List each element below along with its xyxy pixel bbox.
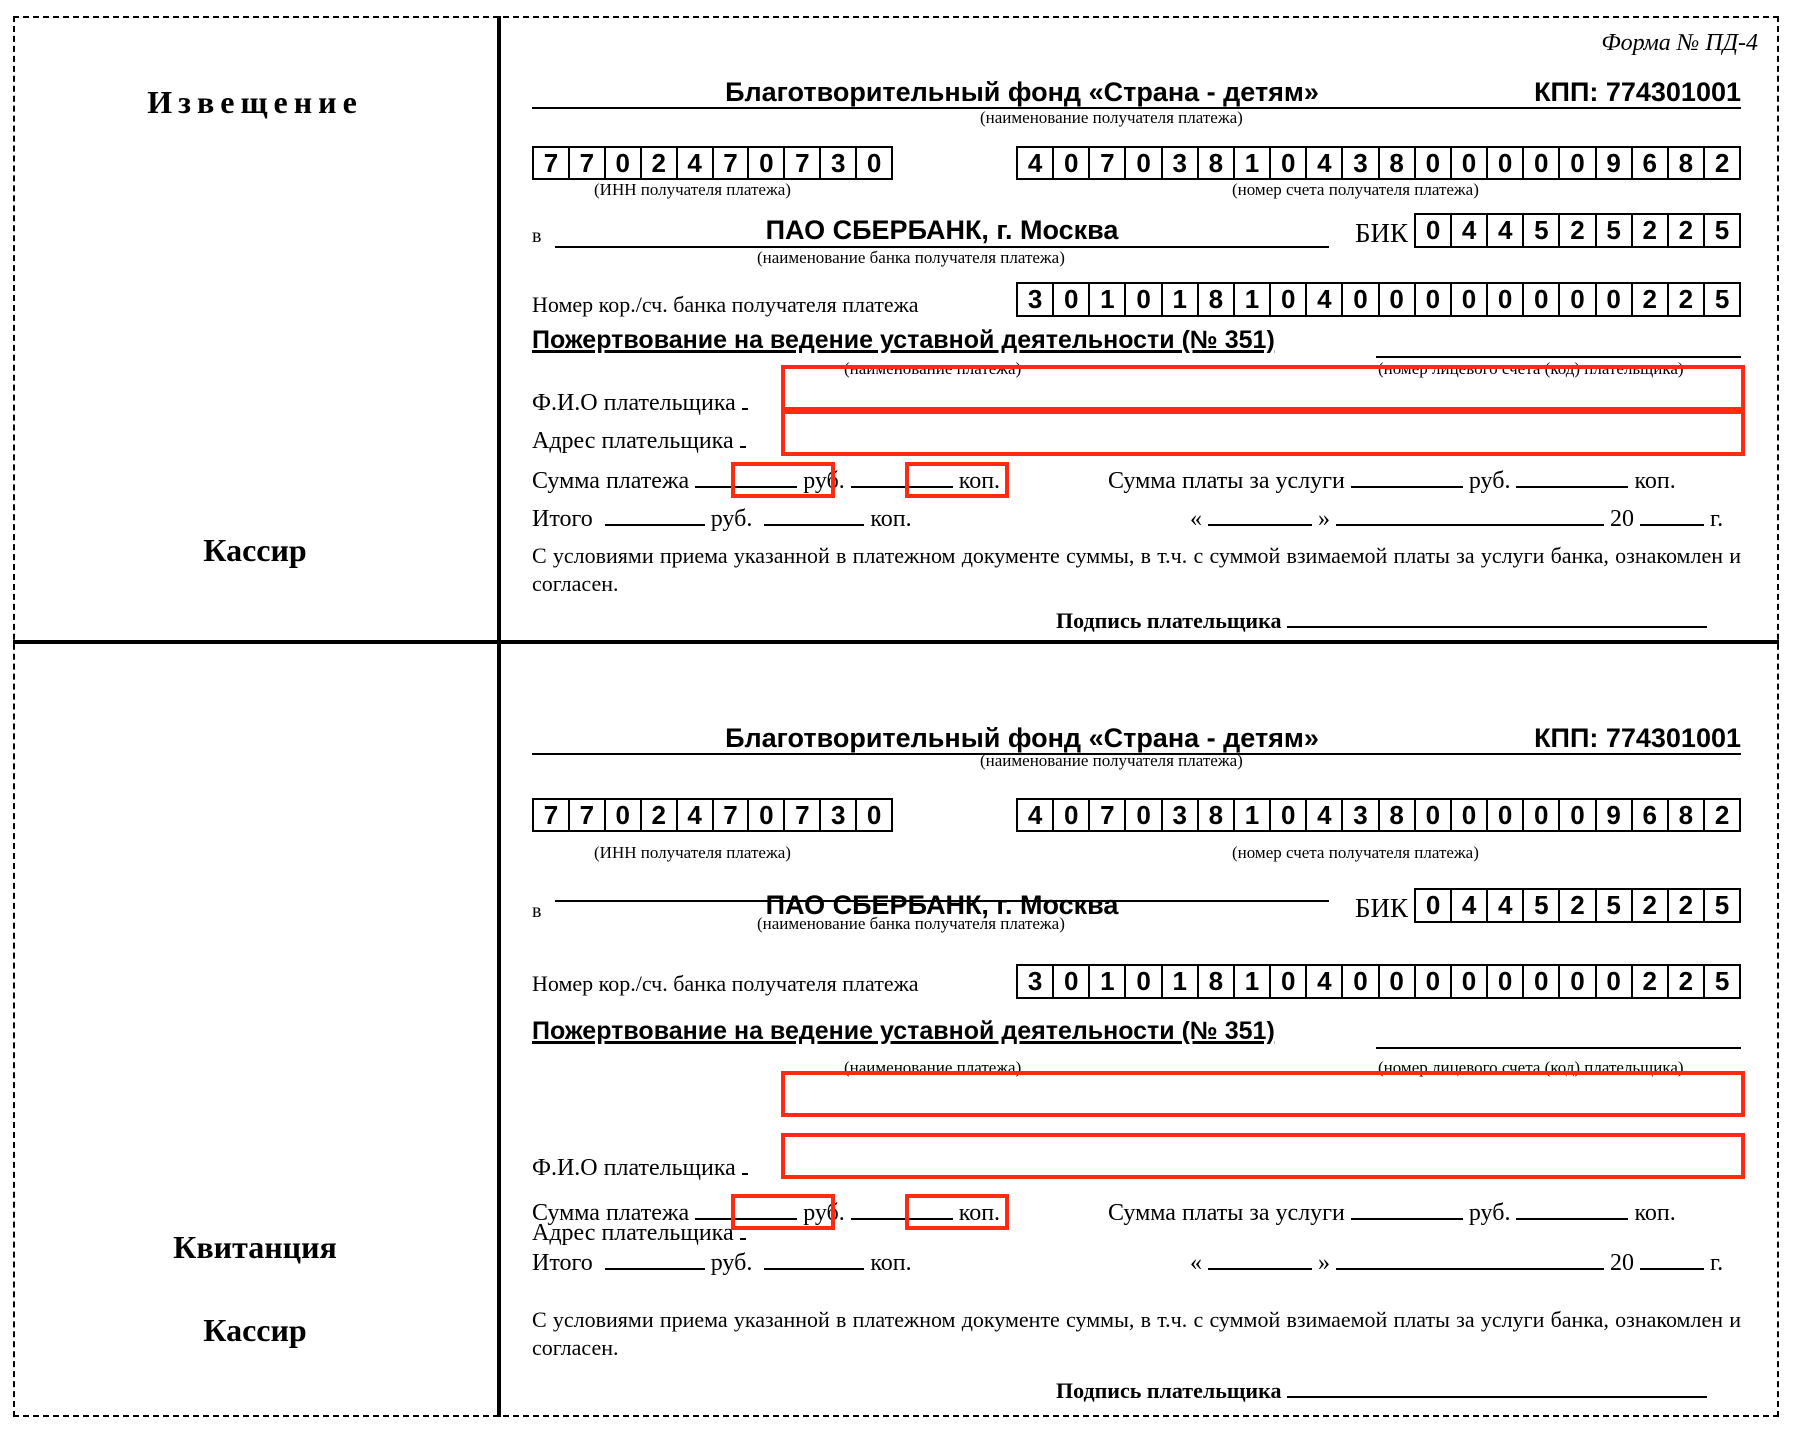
digit-cell: 4 bbox=[1450, 890, 1486, 921]
digit-cell: 2 bbox=[1703, 800, 1739, 830]
digit-cell: 5 bbox=[1595, 215, 1631, 246]
digit-cell: 0 bbox=[1341, 966, 1377, 997]
digit-cell: 2 bbox=[1667, 966, 1703, 997]
digit-cell: 5 bbox=[1703, 284, 1739, 315]
sum-rub-input[interactable] bbox=[731, 1194, 835, 1230]
notice-title: Извещение bbox=[13, 84, 497, 121]
digit-cell: 0 bbox=[1558, 284, 1594, 315]
section-divider bbox=[13, 640, 1779, 644]
corr-account-boxes: 30101810400000000225 bbox=[1016, 282, 1741, 317]
cashier-label-top: Кассир bbox=[13, 532, 497, 569]
payment-name: Пожертвование на ведение уставной деятел… bbox=[532, 326, 1275, 355]
digit-cell: 7 bbox=[568, 148, 604, 178]
digit-cell: 7 bbox=[783, 800, 819, 830]
digit-cell: 0 bbox=[1124, 148, 1160, 178]
agreement-text: С условиями приема указанной в платежном… bbox=[532, 542, 1741, 598]
inn-caption: (ИНН получателя платежа) bbox=[594, 843, 791, 863]
digit-cell: 0 bbox=[855, 148, 891, 178]
inn-boxes: 7702470730 bbox=[532, 798, 893, 832]
digit-cell: 2 bbox=[1667, 284, 1703, 315]
digit-cell: 3 bbox=[819, 148, 855, 178]
digit-cell: 1 bbox=[1233, 800, 1269, 830]
digit-cell: 4 bbox=[676, 800, 712, 830]
account-boxes: 40703810438000009682 bbox=[1016, 798, 1741, 832]
digit-cell: 2 bbox=[1631, 215, 1667, 246]
payer-account-underline bbox=[1376, 1047, 1741, 1049]
fio-label: Ф.И.О плательщика bbox=[532, 1153, 748, 1182]
digit-cell: 7 bbox=[568, 800, 604, 830]
digit-cell: 0 bbox=[1124, 800, 1160, 830]
digit-cell: 0 bbox=[1414, 148, 1450, 178]
fee-row: Сумма платы за услуги руб. коп. bbox=[1108, 466, 1676, 495]
digit-cell: 5 bbox=[1703, 966, 1739, 997]
digit-cell: 3 bbox=[1161, 148, 1197, 178]
digit-cell: 0 bbox=[747, 148, 783, 178]
total-row: Итого руб. коп. bbox=[532, 504, 912, 533]
digit-cell: 3 bbox=[819, 800, 855, 830]
digit-cell: 1 bbox=[1088, 966, 1124, 997]
digit-cell: 1 bbox=[1233, 966, 1269, 997]
sum-kop-input[interactable] bbox=[905, 1194, 1009, 1230]
cashier-label-bottom: Кассир bbox=[13, 1312, 497, 1349]
digit-cell: 1 bbox=[1161, 284, 1197, 315]
digit-cell: 1 bbox=[1233, 148, 1269, 178]
digit-cell: 0 bbox=[1269, 284, 1305, 315]
digit-cell: 5 bbox=[1595, 890, 1631, 921]
recipient-caption: (наименование получателя платежа) bbox=[980, 751, 1243, 771]
digit-cell: 3 bbox=[1018, 284, 1052, 315]
total-row: Итого руб. коп. bbox=[532, 1248, 912, 1277]
bik-label: БИК bbox=[1355, 893, 1408, 924]
corr-account-label: Номер кор./сч. банка получателя платежа bbox=[532, 292, 919, 318]
digit-cell: 3 bbox=[1161, 800, 1197, 830]
recipient-kpp: КПП: 774301001 bbox=[1534, 723, 1741, 754]
digit-cell: 0 bbox=[1414, 966, 1450, 997]
digit-cell: 0 bbox=[1124, 284, 1160, 315]
bik-boxes: 044525225 bbox=[1414, 213, 1741, 248]
digit-cell: 8 bbox=[1197, 284, 1233, 315]
payer-account-underline bbox=[1376, 356, 1741, 358]
account-caption: (номер счета получателя платежа) bbox=[1232, 843, 1479, 863]
recipient-name: Благотворительный фонд «Страна - детям» bbox=[532, 723, 1432, 754]
recipient-name: Благотворительный фонд «Страна - детям» bbox=[532, 77, 1432, 108]
digit-cell: 4 bbox=[1486, 215, 1522, 246]
digit-cell: 5 bbox=[1522, 215, 1558, 246]
digit-cell: 0 bbox=[1269, 800, 1305, 830]
digit-cell: 0 bbox=[1052, 148, 1088, 178]
digit-cell: 0 bbox=[1595, 284, 1631, 315]
form-number: Форма № ПД-4 bbox=[1601, 30, 1758, 57]
digit-cell: 0 bbox=[1486, 148, 1522, 178]
digit-cell: 7 bbox=[712, 148, 748, 178]
sum-rub-input[interactable] bbox=[731, 462, 835, 498]
digit-cell: 2 bbox=[1558, 215, 1594, 246]
bank-caption: (наименование банка получателя платежа) bbox=[757, 248, 1065, 268]
digit-cell: 2 bbox=[640, 800, 676, 830]
account-boxes: 40703810438000009682 bbox=[1016, 146, 1741, 180]
digit-cell: 0 bbox=[1522, 284, 1558, 315]
digit-cell: 4 bbox=[1305, 284, 1341, 315]
digit-cell: 4 bbox=[676, 148, 712, 178]
digit-cell: 7 bbox=[783, 148, 819, 178]
digit-cell: 9 bbox=[1595, 800, 1631, 830]
digit-cell: 0 bbox=[1052, 284, 1088, 315]
digit-cell: 0 bbox=[1450, 966, 1486, 997]
bank-name: ПАО СБЕРБАНК, г. Москва bbox=[555, 215, 1329, 246]
digit-cell: 0 bbox=[604, 148, 640, 178]
digit-cell: 0 bbox=[1416, 215, 1450, 246]
digit-cell: 8 bbox=[1378, 148, 1414, 178]
digit-cell: 7 bbox=[534, 800, 568, 830]
digit-cell: 1 bbox=[1088, 284, 1124, 315]
digit-cell: 0 bbox=[1450, 800, 1486, 830]
fio-label: Ф.И.О плательщика bbox=[532, 388, 748, 417]
digit-cell: 2 bbox=[1703, 148, 1739, 178]
digit-cell: 0 bbox=[1522, 148, 1558, 178]
fio-input[interactable] bbox=[781, 1071, 1745, 1117]
digit-cell: 0 bbox=[855, 800, 891, 830]
digit-cell: 0 bbox=[604, 800, 640, 830]
digit-cell: 0 bbox=[1378, 284, 1414, 315]
fee-row: Сумма платы за услуги руб. коп. bbox=[1108, 1198, 1676, 1227]
sum-kop-input[interactable] bbox=[905, 462, 1009, 498]
digit-cell: 1 bbox=[1233, 284, 1269, 315]
digit-cell: 0 bbox=[1416, 890, 1450, 921]
bank-underline bbox=[555, 900, 1329, 902]
digit-cell: 3 bbox=[1341, 148, 1377, 178]
address-input[interactable] bbox=[781, 410, 1745, 456]
digit-cell: 0 bbox=[1522, 966, 1558, 997]
digit-cell: 8 bbox=[1197, 966, 1233, 997]
digit-cell: 0 bbox=[1414, 284, 1450, 315]
digit-cell: 2 bbox=[1631, 966, 1667, 997]
digit-cell: 0 bbox=[1595, 966, 1631, 997]
digit-cell: 4 bbox=[1486, 890, 1522, 921]
vertical-divider bbox=[497, 16, 501, 1417]
digit-cell: 5 bbox=[1703, 890, 1739, 921]
receipt-title: Квитанция bbox=[13, 1229, 497, 1266]
digit-cell: 8 bbox=[1197, 800, 1233, 830]
digit-cell: 3 bbox=[1341, 800, 1377, 830]
date-row: « » 20 г. bbox=[1190, 1248, 1723, 1277]
digit-cell: 0 bbox=[1486, 800, 1522, 830]
bik-label: БИК bbox=[1355, 218, 1408, 249]
digit-cell: 2 bbox=[1631, 284, 1667, 315]
digit-cell: 6 bbox=[1631, 148, 1667, 178]
digit-cell: 0 bbox=[1450, 284, 1486, 315]
date-row: « » 20 г. bbox=[1190, 504, 1723, 533]
inn-boxes: 7702470730 bbox=[532, 146, 893, 180]
digit-cell: 8 bbox=[1667, 800, 1703, 830]
address-label: Адрес плательщика bbox=[532, 426, 746, 455]
digit-cell: 0 bbox=[1558, 148, 1594, 178]
digit-cell: 0 bbox=[1486, 284, 1522, 315]
recipient-caption: (наименование получателя платежа) bbox=[980, 108, 1243, 128]
digit-cell: 2 bbox=[1558, 890, 1594, 921]
bank-prefix: в bbox=[532, 900, 541, 923]
digit-cell: 7 bbox=[534, 148, 568, 178]
fio-input[interactable] bbox=[781, 365, 1745, 411]
digit-cell: 8 bbox=[1378, 800, 1414, 830]
digit-cell: 5 bbox=[1703, 215, 1739, 246]
digit-cell: 4 bbox=[1305, 148, 1341, 178]
digit-cell: 4 bbox=[1450, 215, 1486, 246]
digit-cell: 0 bbox=[1269, 966, 1305, 997]
digit-cell: 2 bbox=[1667, 215, 1703, 246]
digit-cell: 0 bbox=[1558, 966, 1594, 997]
digit-cell: 0 bbox=[747, 800, 783, 830]
digit-cell: 2 bbox=[640, 148, 676, 178]
digit-cell: 8 bbox=[1197, 148, 1233, 178]
digit-cell: 9 bbox=[1595, 148, 1631, 178]
signature-row: Подпись плательщика bbox=[1056, 1376, 1707, 1404]
bank-caption: (наименование банка получателя платежа) bbox=[757, 914, 1065, 934]
digit-cell: 6 bbox=[1631, 800, 1667, 830]
digit-cell: 2 bbox=[1631, 890, 1667, 921]
digit-cell: 4 bbox=[1305, 800, 1341, 830]
digit-cell: 0 bbox=[1124, 966, 1160, 997]
bank-prefix: в bbox=[532, 225, 541, 248]
digit-cell: 8 bbox=[1667, 148, 1703, 178]
digit-cell: 0 bbox=[1052, 966, 1088, 997]
digit-cell: 0 bbox=[1414, 800, 1450, 830]
digit-cell: 0 bbox=[1486, 966, 1522, 997]
inn-caption: (ИНН получателя платежа) bbox=[594, 180, 791, 200]
digit-cell: 1 bbox=[1161, 966, 1197, 997]
digit-cell: 4 bbox=[1018, 148, 1052, 178]
digit-cell: 2 bbox=[1667, 890, 1703, 921]
signature-row: Подпись плательщика bbox=[1056, 606, 1707, 634]
digit-cell: 7 bbox=[1088, 800, 1124, 830]
corr-account-label: Номер кор./сч. банка получателя платежа bbox=[532, 971, 919, 997]
digit-cell: 7 bbox=[712, 800, 748, 830]
account-caption: (номер счета получателя платежа) bbox=[1232, 180, 1479, 200]
corr-account-boxes: 30101810400000000225 bbox=[1016, 964, 1741, 999]
payment-name: Пожертвование на ведение уставной деятел… bbox=[532, 1017, 1275, 1046]
agreement-text: С условиями приема указанной в платежном… bbox=[532, 1306, 1741, 1362]
digit-cell: 0 bbox=[1558, 800, 1594, 830]
recipient-kpp: КПП: 774301001 bbox=[1534, 77, 1741, 108]
digit-cell: 0 bbox=[1269, 148, 1305, 178]
digit-cell: 0 bbox=[1450, 148, 1486, 178]
digit-cell: 0 bbox=[1378, 966, 1414, 997]
digit-cell: 4 bbox=[1305, 966, 1341, 997]
digit-cell: 0 bbox=[1052, 800, 1088, 830]
digit-cell: 7 bbox=[1088, 148, 1124, 178]
digit-cell: 5 bbox=[1522, 890, 1558, 921]
digit-cell: 0 bbox=[1341, 284, 1377, 315]
digit-cell: 3 bbox=[1018, 966, 1052, 997]
digit-cell: 4 bbox=[1018, 800, 1052, 830]
digit-cell: 0 bbox=[1522, 800, 1558, 830]
bik-boxes: 044525225 bbox=[1414, 888, 1741, 923]
address-input[interactable] bbox=[781, 1133, 1745, 1179]
